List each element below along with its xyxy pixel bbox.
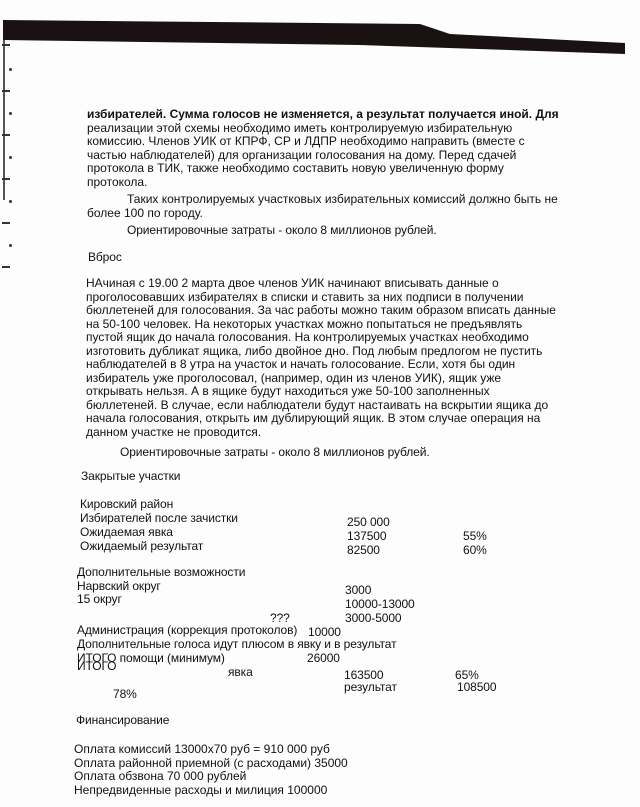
text-line: начала голосования, открыть им дублирующ…	[86, 412, 566, 426]
text-line: протокола в ТИК, также необходимо состав…	[87, 162, 567, 176]
margin-tick	[2, 222, 10, 224]
extra-label: 15 округ	[77, 593, 122, 606]
extra-label: результат	[344, 681, 397, 694]
margin-dot	[9, 200, 12, 203]
extra-value: 3000-5000	[345, 612, 402, 625]
extra-title: Дополнительные возможности	[77, 566, 245, 579]
extra-label: явка	[228, 666, 253, 679]
margin-dot	[9, 156, 12, 159]
text-line: частью наблюдателей) для организации гол…	[87, 149, 567, 163]
binder-margin-line	[3, 40, 5, 200]
cost-estimate: Ориентировочные затраты - около 8 миллио…	[120, 446, 430, 459]
extra-value: 3000	[345, 584, 371, 597]
kirov-row-label: Избирателей после зачистки	[80, 512, 238, 525]
finance-item: Непредвиденные расходы и милиция 100000	[74, 784, 554, 798]
margin-tick	[2, 178, 10, 180]
kirov-row-pct: 60%	[463, 544, 487, 557]
cost-estimate: Ориентировочные затраты - около 8 миллио…	[127, 224, 437, 237]
margin-dot	[9, 68, 12, 71]
section-heading-finance: Финансирование	[76, 714, 169, 727]
margin-tick	[2, 90, 10, 92]
margin-tick	[2, 266, 10, 268]
text-line: избирателей. Сумма голосов не изменяется…	[87, 108, 567, 122]
finance-item: Оплата комиссий 13000х70 руб = 910 000 р…	[74, 743, 554, 757]
text-line: комиссию. Членов УИК от КПРФ, СР и ЛДПР …	[87, 135, 567, 149]
kirov-title: Кировский район	[80, 498, 173, 511]
intro-paragraph: избирателей. Сумма голосов не изменяется…	[87, 108, 567, 189]
text-line: данном участке не проводится.	[86, 426, 566, 440]
text-line: протокола.	[87, 176, 567, 190]
kirov-row-value: 137500	[347, 530, 386, 543]
text-line: НАчиная с 19.00 2 марта двое членов УИК …	[86, 277, 566, 291]
kirov-row-label: Ожидаемый результат	[80, 540, 203, 553]
text-line: Таких контролируемых участковых избирате…	[87, 193, 567, 207]
margin-dot	[9, 112, 12, 115]
kirov-row-pct: 55%	[463, 530, 487, 543]
text-line: проголосовавших избирателях в списки и с…	[86, 291, 566, 305]
kirov-row-value: 82500	[347, 544, 380, 557]
text-line: наблюдателей в 8 утра на участок и начат…	[86, 358, 566, 372]
extra-note: Дополнительные голоса идут плюсом в явку…	[77, 638, 397, 651]
extra-value: 26000	[307, 652, 340, 665]
extra-value: 10000-13000	[345, 598, 415, 611]
text-line: реализации этой схемы необходимо иметь к…	[87, 122, 567, 136]
finance-item: Оплата обзвона 70 000 рублей	[74, 770, 554, 784]
kirov-row-label: Ожидаемая явка	[80, 526, 173, 539]
margin-dot	[9, 244, 12, 247]
extra-pct: 78%	[113, 688, 137, 701]
vbros-paragraph: НАчиная с 19.00 2 марта двое членов УИК …	[86, 277, 566, 439]
extra-label: Администрация (коррекция протоколов)	[77, 624, 297, 637]
text-line: бюллетеней. В случае, если наблюдатели б…	[86, 399, 566, 413]
extra-value: 108500	[457, 681, 496, 694]
finance-list: Оплата комиссий 13000х70 руб = 910 000 р…	[74, 743, 554, 797]
text-line: изготовить дубликат ящика, либо двойное …	[86, 345, 566, 359]
text-line: пустой ящик до начала голосования. На ко…	[86, 331, 566, 345]
kirov-row-value: 250 000	[347, 516, 390, 529]
text-line: избиратель уже проголосовал, (например, …	[86, 372, 566, 386]
section-heading-vbros: Вброс	[88, 251, 122, 264]
text-line: на 50-100 человек. На некоторых участках…	[86, 318, 566, 332]
finance-item: Оплата районной приемной (с расходами) 3…	[74, 757, 554, 771]
limit-paragraph: Таких контролируемых участковых избирате…	[87, 193, 567, 220]
margin-tick	[2, 134, 10, 136]
text-line: более 100 по городу.	[87, 207, 567, 221]
section-heading-closed: Закрытые участки	[81, 470, 180, 483]
extra-label: ИТОГО	[77, 660, 116, 673]
text-line: бюллетеней для голосования. За час работ…	[86, 304, 566, 318]
margin-tick	[2, 44, 10, 46]
text-line: открывать нельзя. А в ящике будут находи…	[86, 385, 566, 399]
scan-black-bar	[0, 0, 640, 60]
